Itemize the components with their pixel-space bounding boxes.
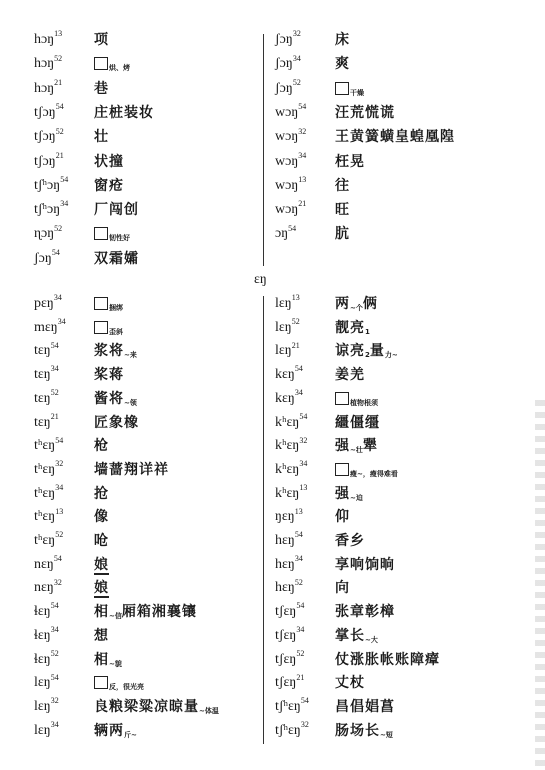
ipa-base: lɛŋ <box>275 343 292 358</box>
characters: 巷 <box>94 79 109 99</box>
ipa-base: tɛŋ <box>34 415 51 430</box>
characters: 相~信厢箱湘襄镶 <box>94 602 197 626</box>
characters: 娘 <box>94 578 109 598</box>
characters: 庄桩装妆 <box>94 103 154 123</box>
ipa-base: mɛŋ <box>34 320 58 335</box>
tone-number: 32 <box>301 720 309 729</box>
character-text: 往 <box>335 178 350 194</box>
ipa-syllable: kɛŋ54 <box>275 365 303 385</box>
missing-character-box-icon <box>94 297 108 310</box>
character-text: 墙蔷翔详祥 <box>94 462 169 478</box>
ipa-syllable: tɛŋ21 <box>34 413 59 433</box>
ipa-syllable: kʰɛŋ13 <box>275 484 307 504</box>
tone-number: 54 <box>51 673 59 682</box>
characters: 像 <box>94 507 109 527</box>
ipa-syllable: tʰɛŋ32 <box>34 460 63 480</box>
ipa-base: hɛŋ <box>275 533 295 548</box>
ipa-base: tʃʰɔŋ <box>34 178 60 193</box>
ipa-syllable: tɛŋ54 <box>34 341 59 361</box>
ipa-syllable: kʰɛŋ54 <box>275 413 307 433</box>
ipa-syllable: hɔŋ21 <box>34 79 62 99</box>
missing-character-box-icon <box>94 57 108 70</box>
scan-bleed-through <box>535 400 545 770</box>
tone-number: 54 <box>60 175 68 184</box>
gloss-note: ~壮 <box>350 446 363 454</box>
character-text: 枪 <box>94 438 109 454</box>
characters: 烘、烤 <box>94 54 130 78</box>
characters: 歪斜 <box>94 318 123 342</box>
tone-number: 13 <box>54 29 62 38</box>
tone-number: 54 <box>55 436 63 445</box>
tone-number: 34 <box>299 459 307 468</box>
ipa-base: tʃɛŋ <box>275 604 296 619</box>
ipa-syllable: tʃɛŋ21 <box>275 673 304 693</box>
tone-number: 21 <box>56 151 64 160</box>
gloss-note: ~领 <box>124 399 137 407</box>
characters: 肠场长~短 <box>335 721 393 745</box>
characters: 酱将~领 <box>94 389 137 413</box>
ipa-base: tʃɛŋ <box>275 675 296 690</box>
missing-character-box-icon <box>94 227 108 240</box>
characters: 仗涨胀帐账障瘴 <box>335 650 440 670</box>
ipa-syllable: hɛŋ34 <box>275 555 303 575</box>
column-divider <box>263 296 264 744</box>
ipa-base: tʃʰɔŋ <box>34 202 60 217</box>
character-text: 昌倡娼菖 <box>335 699 395 715</box>
ipa-syllable: lɛŋ13 <box>275 294 300 314</box>
ipa-base: tʰɛŋ <box>34 462 55 477</box>
tone-number: 34 <box>295 554 303 563</box>
character-text: 掌长 <box>335 628 365 644</box>
tone-number: 52 <box>54 54 62 63</box>
ipa-syllable: mɛŋ34 <box>34 318 66 338</box>
gloss-note: 烘、烤 <box>109 64 130 72</box>
characters: 往 <box>335 176 350 196</box>
gloss-note: 1 <box>365 328 370 336</box>
characters: 项 <box>94 30 109 50</box>
characters: 昌倡娼菖 <box>335 697 395 717</box>
characters: 爽 <box>335 54 350 74</box>
ipa-base: tʰɛŋ <box>34 486 55 501</box>
tone-number: 52 <box>296 649 304 658</box>
gloss-note: ~迫 <box>350 494 363 502</box>
tone-number: 34 <box>58 317 66 326</box>
tone-number: 52 <box>56 127 64 136</box>
ipa-syllable: pɛŋ34 <box>34 294 62 314</box>
ipa-syllable: tʰɛŋ34 <box>34 484 63 504</box>
tone-number: 21 <box>298 199 306 208</box>
ipa-base: kʰɛŋ <box>275 438 299 453</box>
characters: 相~貌 <box>94 650 122 674</box>
character-text: 双霜孀 <box>94 251 139 267</box>
ipa-syllable: tʰɛŋ13 <box>34 507 63 527</box>
character-text: 爽 <box>335 56 350 72</box>
ipa-syllable: tɛŋ34 <box>34 365 59 385</box>
ipa-syllable: tʃɛŋ34 <box>275 626 304 646</box>
character-text: 肮 <box>335 226 350 242</box>
character-text: 张章彰樟 <box>335 604 395 620</box>
character-text: 强 <box>335 486 350 502</box>
gloss-note: 韧性好 <box>109 234 130 242</box>
character-text: 两 <box>335 296 350 312</box>
character-text: 床 <box>335 32 350 48</box>
ipa-base: ʃɔŋ <box>275 56 293 71</box>
gloss-note: ~信 <box>109 612 122 620</box>
tone-number: 32 <box>55 459 63 468</box>
ipa-syllable: ʃɔŋ54 <box>34 249 60 269</box>
ipa-syllable: lɛŋ52 <box>275 318 300 338</box>
tone-number: 54 <box>301 696 309 705</box>
ipa-base: ɳɔŋ <box>34 226 54 241</box>
character-text: 状撞 <box>94 154 124 170</box>
gloss-note: ~体温 <box>199 707 219 715</box>
tone-number: 21 <box>292 341 300 350</box>
tone-number: 34 <box>51 625 59 634</box>
characters: 枪 <box>94 436 109 456</box>
character-text: 良粮梁粱凉晾量 <box>94 699 199 715</box>
missing-character-box-icon <box>335 82 349 95</box>
characters: 窗疮 <box>94 176 124 196</box>
ipa-syllable: lɛŋ32 <box>34 697 59 717</box>
character-text: 娘 <box>94 580 109 598</box>
tone-number: 52 <box>51 388 59 397</box>
gloss-note: 歪斜 <box>109 328 123 336</box>
missing-character-box-icon <box>335 463 349 476</box>
character-text: 辆两 <box>94 723 124 739</box>
tone-number: 54 <box>51 341 59 350</box>
ipa-base: kʰɛŋ <box>275 415 299 430</box>
ipa-base: hɔŋ <box>34 56 54 71</box>
characters: 良粮梁粱凉晾量~体温 <box>94 697 219 721</box>
ipa-base: tʃɔŋ <box>34 129 56 144</box>
characters: 反，很光亮 <box>94 673 144 697</box>
gloss-note: 瘦~，瘦得难看 <box>350 470 398 478</box>
ipa-base: pɛŋ <box>34 296 54 311</box>
character-text: 汪荒慌谎 <box>335 105 395 121</box>
ipa-syllable: tʃɛŋ52 <box>275 650 304 670</box>
ipa-syllable: hɛŋ52 <box>275 578 303 598</box>
ipa-syllable: tʃɔŋ54 <box>34 103 64 123</box>
character-text: 俩 <box>363 296 378 312</box>
ipa-base: ŋɛŋ <box>275 509 295 524</box>
character-text: 娘 <box>94 557 109 575</box>
ipa-syllable: wɔŋ13 <box>275 176 306 196</box>
ipa-base: hɛŋ <box>275 557 295 572</box>
ipa-base: ɬɛŋ <box>34 604 51 619</box>
ipa-syllable: ʃɔŋ32 <box>275 30 301 50</box>
gloss-note: ~来 <box>124 351 137 359</box>
ipa-base: tɛŋ <box>34 391 51 406</box>
ipa-syllable: kʰɛŋ32 <box>275 436 307 456</box>
tone-number: 54 <box>288 224 296 233</box>
ipa-base: lɛŋ <box>34 723 51 738</box>
ipa-base: tʃʰɛŋ <box>275 699 301 714</box>
tone-number: 52 <box>55 530 63 539</box>
characters: 肮 <box>335 224 350 244</box>
gloss-note: ~貌 <box>109 660 122 668</box>
tone-number: 34 <box>51 720 59 729</box>
characters: 汪荒慌谎 <box>335 103 395 123</box>
character-text: 像 <box>94 509 109 525</box>
tone-number: 54 <box>295 364 303 373</box>
character-text: 抢 <box>94 486 109 502</box>
character-text: 强 <box>335 438 350 454</box>
character-text: 想 <box>94 628 109 644</box>
gloss-note: 植物根须 <box>350 399 378 407</box>
ipa-syllable: tʃʰɛŋ54 <box>275 697 309 717</box>
ipa-base: hɔŋ <box>34 32 54 47</box>
characters: 张章彰樟 <box>335 602 395 622</box>
characters: 韧性好 <box>94 224 130 248</box>
ipa-syllable: tʃɔŋ52 <box>34 127 64 147</box>
characters: 想 <box>94 626 109 646</box>
ipa-syllable: ʃɔŋ52 <box>275 79 301 99</box>
tone-number: 13 <box>299 483 307 492</box>
tone-number: 32 <box>54 578 62 587</box>
tone-number: 54 <box>296 601 304 610</box>
ipa-syllable: hɔŋ13 <box>34 30 62 50</box>
characters: 旺 <box>335 200 350 220</box>
ipa-syllable: lɛŋ21 <box>275 341 300 361</box>
character-text: 享响饷晌 <box>335 557 395 573</box>
character-text: 庄桩装妆 <box>94 105 154 121</box>
ipa-syllable: tʃɛŋ54 <box>275 602 304 622</box>
character-text: 丈杖 <box>335 675 365 691</box>
tone-number: 32 <box>298 127 306 136</box>
ipa-syllable: ɬɛŋ52 <box>34 650 59 670</box>
tone-number: 52 <box>292 317 300 326</box>
characters: 强~迫 <box>335 484 363 508</box>
gloss-note: ~大 <box>365 636 378 644</box>
character-text: 旺 <box>335 202 350 218</box>
character-text: 壮 <box>94 129 109 145</box>
ipa-syllable: hɔŋ52 <box>34 54 62 74</box>
ipa-base: tʃɔŋ <box>34 105 56 120</box>
ipa-base: tʃɛŋ <box>275 628 296 643</box>
ipa-base: tʃʰɛŋ <box>275 723 301 738</box>
ipa-base: ɬɛŋ <box>34 628 51 643</box>
characters: 桨蒋 <box>94 365 124 385</box>
tone-number: 34 <box>55 483 63 492</box>
ipa-base: kʰɛŋ <box>275 462 299 477</box>
ipa-base: tʃɔŋ <box>34 154 56 169</box>
character-text: 厂闯创 <box>94 202 139 218</box>
tone-number: 32 <box>299 436 307 445</box>
characters: 王黄簧蟥皇蝗凰隍 <box>335 127 455 147</box>
ipa-syllable: nɛŋ32 <box>34 578 62 598</box>
ipa-base: kɛŋ <box>275 367 295 382</box>
tone-number: 34 <box>51 364 59 373</box>
tone-number: 21 <box>296 673 304 682</box>
tone-number: 13 <box>55 507 63 516</box>
ipa-base: ɬɛŋ <box>34 652 51 667</box>
tone-number: 34 <box>54 293 62 302</box>
tone-number: 54 <box>54 554 62 563</box>
tone-number: 54 <box>52 248 60 257</box>
ipa-base: tʰɛŋ <box>34 509 55 524</box>
ipa-syllable: wɔŋ32 <box>275 127 306 147</box>
ipa-base: wɔŋ <box>275 202 298 217</box>
tone-number: 54 <box>299 412 307 421</box>
gloss-note: 反，很光亮 <box>109 683 144 691</box>
ipa-syllable: ɔŋ54 <box>275 224 296 244</box>
characters: 干燥 <box>335 79 364 103</box>
ipa-base: lɛŋ <box>275 296 292 311</box>
character-text: 项 <box>94 32 109 48</box>
ipa-syllable: tʰɛŋ52 <box>34 531 63 551</box>
ipa-base: hɔŋ <box>34 81 54 96</box>
ipa-syllable: wɔŋ54 <box>275 103 306 123</box>
ipa-base: tɛŋ <box>34 367 51 382</box>
characters: 娘 <box>94 555 109 575</box>
character-text: 繮僵缰 <box>335 415 380 431</box>
characters: 仰 <box>335 507 350 527</box>
character-text: 仗涨胀帐账障瘴 <box>335 652 440 668</box>
characters: 瘦~，瘦得难看 <box>335 460 398 484</box>
ipa-base: ʃɔŋ <box>275 81 293 96</box>
ipa-syllable: lɛŋ34 <box>34 721 59 741</box>
ipa-base: wɔŋ <box>275 129 298 144</box>
ipa-syllable: tʰɛŋ54 <box>34 436 63 456</box>
character-text: 香乡 <box>335 533 365 549</box>
tone-number: 32 <box>51 696 59 705</box>
characters: 享响饷晌 <box>335 555 395 575</box>
characters: 壮 <box>94 127 109 147</box>
character-text: 浆将 <box>94 343 124 359</box>
characters: 繮僵缰 <box>335 413 380 433</box>
gloss-note: 干燥 <box>350 89 364 97</box>
ipa-syllable: ɳɔŋ52 <box>34 224 62 244</box>
ipa-base: tɛŋ <box>34 343 51 358</box>
character-text: 厢箱湘襄镶 <box>122 604 197 620</box>
characters: 强~壮犟 <box>335 436 378 460</box>
tone-number: 13 <box>292 293 300 302</box>
characters: 状撞 <box>94 152 124 172</box>
ipa-base: ɔŋ <box>275 226 288 241</box>
ipa-base: hɛŋ <box>275 580 295 595</box>
ipa-base: lɛŋ <box>275 320 292 335</box>
characters: 谅亮2量力~ <box>335 341 398 365</box>
gloss-note: 捆绑 <box>109 304 123 312</box>
ipa-syllable: wɔŋ34 <box>275 152 306 172</box>
ipa-base: kʰɛŋ <box>275 486 299 501</box>
character-text: 窗疮 <box>94 178 124 194</box>
character-text: 谅亮 <box>335 343 365 359</box>
tone-number: 34 <box>295 388 303 397</box>
character-text: 王黄簧蟥皇蝗凰隍 <box>335 129 455 145</box>
gloss-note: 斤~ <box>124 731 137 739</box>
ipa-base: wɔŋ <box>275 154 298 169</box>
characters: 双霜孀 <box>94 249 139 269</box>
tone-number: 54 <box>295 530 303 539</box>
ipa-syllable: hɛŋ54 <box>275 531 303 551</box>
ipa-base: kɛŋ <box>275 391 295 406</box>
ipa-syllable: ʃɔŋ34 <box>275 54 301 74</box>
ipa-base: ʃɔŋ <box>34 251 52 266</box>
character-text: 相 <box>94 604 109 620</box>
section-eng: pɛŋ34捆绑mɛŋ34歪斜tɛŋ54浆将~来tɛŋ34桨蒋tɛŋ52酱将~领t… <box>0 294 545 754</box>
characters: 向 <box>335 578 350 598</box>
section-heading: ɛŋ <box>254 272 267 288</box>
ipa-base: nɛŋ <box>34 580 54 595</box>
tone-number: 34 <box>296 625 304 634</box>
tone-number: 13 <box>298 175 306 184</box>
character-text: 量 <box>370 343 385 359</box>
tone-number: 52 <box>54 224 62 233</box>
ipa-syllable: tʃʰɔŋ34 <box>34 200 68 220</box>
ipa-base: wɔŋ <box>275 105 298 120</box>
ipa-base: tʰɛŋ <box>34 438 55 453</box>
characters: 墙蔷翔详祥 <box>94 460 169 480</box>
ipa-base: nɛŋ <box>34 557 54 572</box>
ipa-syllable: tʃʰɔŋ54 <box>34 176 68 196</box>
missing-character-box-icon <box>335 392 349 405</box>
ipa-syllable: tɛŋ52 <box>34 389 59 409</box>
tone-number: 21 <box>54 78 62 87</box>
tone-number: 34 <box>293 54 301 63</box>
character-text: 枉晃 <box>335 154 365 170</box>
tone-number: 32 <box>293 29 301 38</box>
gloss-note: 力~ <box>385 351 398 359</box>
ipa-syllable: ɬɛŋ34 <box>34 626 59 646</box>
tone-number: 13 <box>295 507 303 516</box>
tone-number: 21 <box>51 412 59 421</box>
characters: 靓亮1 <box>335 318 370 342</box>
characters: 辆两斤~ <box>94 721 137 745</box>
character-text: 匠象橡 <box>94 415 139 431</box>
characters: 抢 <box>94 484 109 504</box>
characters: 丈杖 <box>335 673 365 693</box>
character-text: 肠场长 <box>335 723 380 739</box>
tone-number: 52 <box>51 649 59 658</box>
missing-character-box-icon <box>94 321 108 334</box>
character-text: 仰 <box>335 509 350 525</box>
character-text: 靓亮 <box>335 320 365 336</box>
character-text: 相 <box>94 652 109 668</box>
characters: 枉晃 <box>335 152 365 172</box>
characters: 植物根须 <box>335 389 378 413</box>
ipa-syllable: wɔŋ21 <box>275 200 306 220</box>
ipa-syllable: tʃʰɛŋ32 <box>275 721 309 741</box>
character-text: 向 <box>335 580 350 596</box>
ipa-base: lɛŋ <box>34 699 51 714</box>
characters: 捆绑 <box>94 294 123 318</box>
character-text: 巷 <box>94 81 109 97</box>
characters: 床 <box>335 30 350 50</box>
character-text: 犟 <box>363 438 378 454</box>
tone-number: 52 <box>293 78 301 87</box>
character-text: 桨蒋 <box>94 367 124 383</box>
characters: 姜羌 <box>335 365 365 385</box>
characters: 呛 <box>94 531 109 551</box>
characters: 厂闯创 <box>94 200 139 220</box>
tone-number: 34 <box>60 199 68 208</box>
ipa-syllable: kʰɛŋ34 <box>275 460 307 480</box>
ipa-base: lɛŋ <box>34 675 51 690</box>
ipa-base: tʰɛŋ <box>34 533 55 548</box>
tone-number: 54 <box>56 102 64 111</box>
ipa-base: tʃɛŋ <box>275 652 296 667</box>
character-text: 酱将 <box>94 391 124 407</box>
missing-character-box-icon <box>94 676 108 689</box>
ipa-base: wɔŋ <box>275 178 298 193</box>
character-text: 呛 <box>94 533 109 549</box>
gloss-note: ~个 <box>350 304 363 312</box>
ipa-syllable: kɛŋ34 <box>275 389 303 409</box>
gloss-note: ~短 <box>380 731 393 739</box>
characters: 掌长~大 <box>335 626 378 650</box>
tone-number: 52 <box>295 578 303 587</box>
